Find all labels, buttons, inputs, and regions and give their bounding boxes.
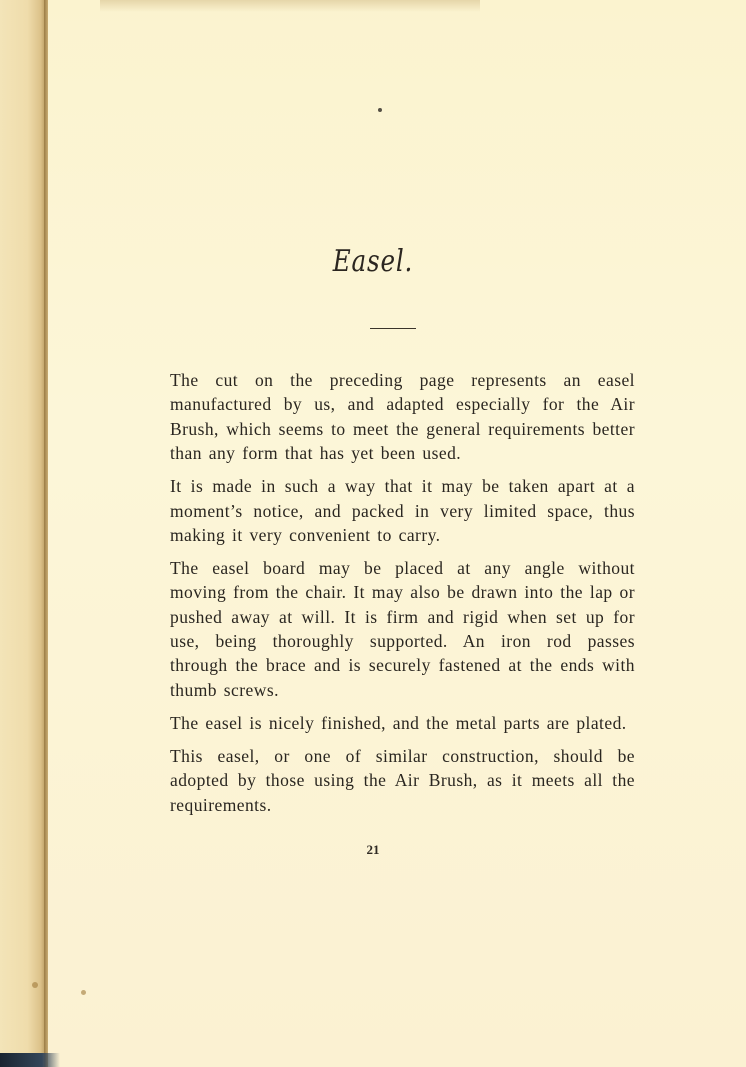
body-text: The cut on the preceding page represents… (170, 368, 635, 825)
foxing-spot (32, 982, 38, 988)
paragraph: The easel board may be placed at any ang… (170, 556, 635, 702)
paper-stain (100, 0, 480, 12)
page-title: Easel. (67, 244, 679, 279)
foxing-spot (81, 990, 86, 995)
title-rule (370, 328, 416, 329)
page-number: 21 (0, 842, 746, 858)
paragraph: The cut on the preceding page represents… (170, 368, 635, 466)
scan-shadow (0, 1053, 60, 1067)
facing-page-edge (0, 0, 46, 1067)
paragraph: It is made in such a way that it may be … (170, 474, 635, 547)
paragraph: This easel, or one of similar constructi… (170, 744, 635, 817)
paragraph: The easel is nicely finished, and the me… (170, 711, 635, 735)
ink-dot (378, 108, 382, 112)
